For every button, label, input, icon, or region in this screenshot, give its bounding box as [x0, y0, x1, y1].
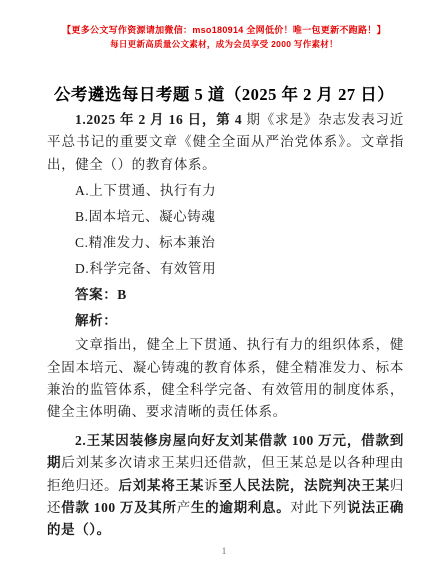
- option-a: A.上下贯通、执行有力: [47, 178, 404, 204]
- document-page: 【更多公文写作资源请加微信：mso180914 全网低价！唯一包更新不跑路！】 …: [0, 0, 448, 580]
- answer-line: 答案：B: [47, 282, 404, 308]
- promo-header: 【更多公文写作资源请加微信：mso180914 全网低价！唯一包更新不跑路！】 …: [0, 23, 448, 51]
- option-d: D.科学完备、有效管用: [47, 256, 404, 282]
- promo-line-1: 【更多公文写作资源请加微信：mso180914 全网低价！唯一包更新不跑路！】: [0, 23, 448, 38]
- question-2-stem: 2.王某因装修房屋向好友刘某借款 100 万元，借款到期后刘某多次请求王某归还借…: [47, 430, 404, 542]
- promo-line-2: 每日更新高质量公文素材，成为会员享受 2000 写作素材！: [0, 38, 448, 51]
- question-1-stem: 1.2025 年 2 月 16 日，第 4 期《求是》杂志发表习近平总书记的重要…: [47, 109, 404, 176]
- page-title: 公考遴选每日考题 5 道（2025 年 2 月 27 日）: [0, 81, 448, 105]
- option-c: C.精准发力、标本兼治: [47, 230, 404, 256]
- analysis-text: 文章指出，健全上下贯通、执行有力的组织体系，健全固本培元、凝心铸魂的教育体系，健…: [47, 334, 404, 424]
- question-1-options: A.上下贯通、执行有力 B.固本培元、凝心铸魂 C.精准发力、标本兼治 D.科学…: [47, 178, 404, 282]
- page-number: 1: [0, 546, 448, 556]
- option-b: B.固本培元、凝心铸魂: [47, 204, 404, 230]
- analysis-label: 解析：: [47, 308, 404, 334]
- document-body: 1.2025 年 2 月 16 日，第 4 期《求是》杂志发表习近平总书记的重要…: [47, 109, 404, 542]
